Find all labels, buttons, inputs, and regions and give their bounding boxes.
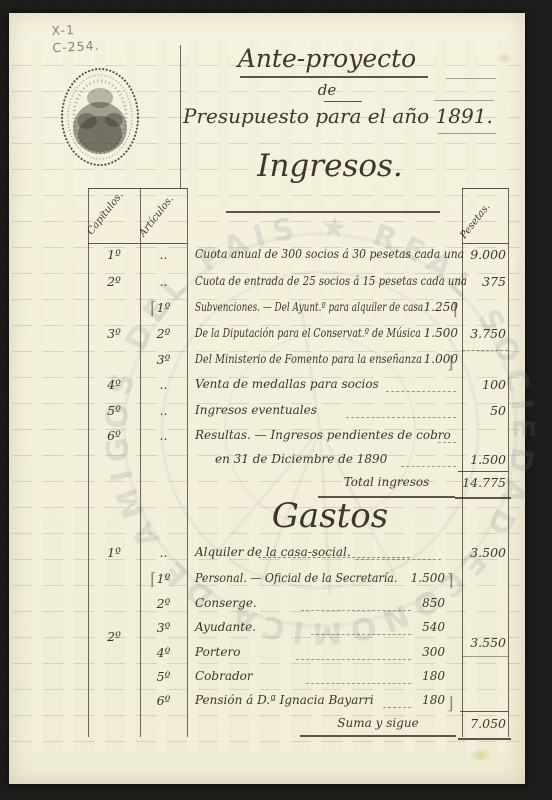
- margin-rule: [180, 45, 181, 188]
- table-row: 5º Cobrador180: [0, 669, 552, 689]
- ingresos-heading: Ingresos.: [187, 148, 473, 184]
- row-description: en 31 de Diciembre de 1890: [215, 452, 387, 466]
- row-description: De la Diputación para el Conservat.º de …: [195, 326, 421, 340]
- row-description: Personal. — Oficial de la Secretaría.: [195, 571, 397, 585]
- pencil-shelfmark: X-1 C-254.: [51, 21, 100, 57]
- table-row: 2º 4º Portero300 3.550: [0, 645, 552, 665]
- table-row: 5º .. Ingresos eventuales 50: [0, 403, 552, 423]
- row-pesetas: 3.500: [460, 545, 508, 560]
- scanned-manuscript: ★ REAL SOCIEDAD ECONOMICA DE AMIGOS DEL …: [0, 0, 552, 800]
- row-description: Pensión á D.ª Ignacia Bayarri: [195, 693, 374, 707]
- row-amount: 850: [422, 596, 445, 610]
- articulo-number: 2º: [140, 326, 187, 341]
- table-row: 1º .. Cuota anual de 300 socios á 30 pes…: [0, 247, 552, 267]
- table-row: 4º .. Venta de medallas para socios 100: [0, 377, 552, 397]
- row-amount: 300: [422, 645, 445, 659]
- articulo-number: ..: [140, 545, 187, 560]
- articulo-number: ..: [140, 247, 187, 262]
- row-pesetas: 1.500: [460, 452, 508, 467]
- row-description: Conserge.: [195, 596, 257, 610]
- row-amount: 180: [422, 669, 445, 683]
- row-description: Cuota de entrada de 25 socios á 15 peset…: [195, 274, 467, 288]
- table-row: 1º Subvenciones. — Del Ayunt.º para alqu…: [0, 300, 552, 320]
- row-pesetas: 3.550: [460, 635, 508, 650]
- articulo-number: ..: [140, 274, 187, 289]
- capitulo-number: 3º: [88, 326, 140, 341]
- capitulo-number: 1º: [88, 247, 140, 262]
- shelfmark-line-2: C-254.: [52, 38, 100, 57]
- table-row: 3º Del Ministerio de Fomento para la ens…: [0, 352, 552, 372]
- row-description: Ingresos eventuales: [195, 403, 317, 417]
- row-description: Ayudante.: [195, 620, 256, 634]
- row-amount: 180: [422, 693, 445, 707]
- total-row: Total ingresos 14.775: [0, 475, 552, 495]
- articulo-number: 2º: [140, 596, 187, 611]
- title-line-2: de: [187, 81, 467, 99]
- title-line-3: Presupuesto para el año 1891.: [183, 104, 483, 128]
- total-value: 14.775: [460, 475, 508, 490]
- articulo-number: 3º: [140, 352, 187, 367]
- table-row: 6º .. Resultas. — Ingresos pendientes de…: [0, 428, 552, 448]
- row-description: Alquiler de la casa-social.: [195, 545, 351, 559]
- footer-row: Suma y sigue 7.050: [0, 716, 552, 736]
- capitulo-number: 2º: [88, 629, 140, 644]
- articulo-number: 1º: [140, 300, 187, 315]
- capitulo-number: 5º: [88, 403, 140, 418]
- row-pesetas: 375: [460, 274, 508, 289]
- capitulo-number: 1º: [88, 545, 140, 560]
- row-amount: 1.500: [424, 326, 458, 340]
- oval-ink-stamp-icon: [58, 66, 142, 168]
- table-row: 2º .. Cuota de entrada de 25 socios á 15…: [0, 274, 552, 294]
- title-line-1: Ante-proyecto: [187, 44, 467, 73]
- row-description: Cuota anual de 300 socios á 30 pesetas c…: [195, 247, 464, 261]
- articulo-number: 3º: [140, 620, 187, 635]
- capitulo-number: 2º: [88, 274, 140, 289]
- table-row: 3º 2º De la Diputación para el Conservat…: [0, 326, 552, 346]
- articulo-number: 4º: [140, 645, 187, 660]
- articulo-number: ..: [140, 377, 187, 392]
- row-pesetas: 3.750: [460, 326, 508, 341]
- articulo-number: ..: [140, 403, 187, 418]
- articulo-number: 6º: [140, 693, 187, 708]
- row-amount: 540: [422, 620, 445, 634]
- footer-value: 7.050: [460, 716, 508, 731]
- table-row: 6º Pensión á D.ª Ignacia Bayarri180: [0, 693, 552, 713]
- footer-label: Suma y sigue: [300, 716, 456, 730]
- row-description: Portero: [195, 645, 240, 659]
- row-description: Subvenciones. — Del Ayunt.º para alquile…: [195, 300, 423, 314]
- row-description: Cobrador: [195, 669, 253, 683]
- articulo-number: 5º: [140, 669, 187, 684]
- table-row: en 31 de Diciembre de 1890 1.500: [0, 452, 552, 472]
- row-description: Del Ministerio de Fomento para la enseña…: [195, 352, 422, 366]
- row-pesetas: 100: [460, 377, 508, 392]
- table-row: 2º Conserge.850: [0, 596, 552, 616]
- row-description: Venta de medallas para socios: [195, 377, 379, 391]
- capitulo-number: 6º: [88, 428, 140, 443]
- capitulo-number: 4º: [88, 377, 140, 392]
- row-description: Resultas. — Ingresos pendientes de cobro: [195, 428, 451, 442]
- table-row: 1º Personal. — Oficial de la Secretaría.…: [0, 571, 552, 591]
- row-amount: 1.500: [411, 571, 445, 585]
- row-pesetas: 50: [460, 403, 508, 418]
- gastos-heading: Gastos: [187, 496, 473, 536]
- articulo-number: 1º: [140, 571, 187, 586]
- total-label: Total ingresos: [318, 475, 455, 489]
- table-row: 1º .. Alquiler de la casa-social. 3.500: [0, 545, 552, 565]
- articulo-number: ..: [140, 428, 187, 443]
- row-pesetas: 9.000: [460, 247, 508, 262]
